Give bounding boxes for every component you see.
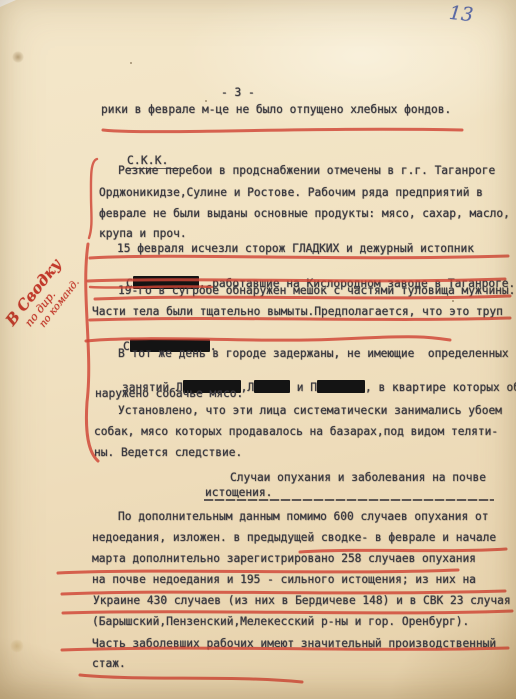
scan-edge xyxy=(0,0,16,7)
typed-line: Установлено, что эти лица систематически… xyxy=(118,404,502,418)
typed-line: наружено собачье мясо. xyxy=(95,387,243,401)
typed-line: ны. Ведется следствие. xyxy=(94,446,242,460)
typed-line: Части тела были тщательно вымыты.Предпол… xyxy=(92,305,503,319)
handwritten-corner-number: 13 xyxy=(448,2,474,26)
red-underline-stroke xyxy=(63,611,512,613)
subsection-heading-line2: истощения. xyxy=(205,486,272,500)
document-page: 13 - 3 - рики в феврале м-це не было отп… xyxy=(0,0,516,699)
typed-line: Часть заболевших рабочих имеют значитель… xyxy=(92,637,496,651)
typed-line: (Барышский,Пензенский,Мелекесский р-ны и… xyxy=(92,615,469,629)
typed-line: Резкие перебои в продснабжении отмечены … xyxy=(118,164,495,178)
typed-line: 19-го в сугробе обнаружен мешок с частям… xyxy=(118,284,515,298)
red-underline-stroke xyxy=(103,129,462,131)
redaction-box xyxy=(254,380,290,393)
page-number: - 3 - xyxy=(221,86,255,100)
typed-line: недоедания, изложен. в предыдущей сводке… xyxy=(92,531,496,545)
typed-line: 15 февраля исчезли сторож ГЛАДКИХ и дежу… xyxy=(117,242,474,256)
heading-underscore xyxy=(204,499,494,501)
typed-line: Орджоникидзе,Сулине и Ростове. Рабочим р… xyxy=(99,186,483,200)
typed-line: марта дополнительно зарегистрировано 258… xyxy=(92,552,476,566)
subsection-heading-line1: Случаи опухания и заболевания на почве xyxy=(230,471,486,485)
redaction-suffix: , в квартире которых об- xyxy=(365,381,516,394)
typed-line: По дополнительным данным помимо 600 случ… xyxy=(118,510,488,524)
intro-line: рики в феврале м-це не было отпущено хле… xyxy=(101,103,451,117)
typed-line: собак, мясо которых продавалось на базар… xyxy=(94,425,498,439)
typed-line: на почве недоедания и 195 - сильного ист… xyxy=(92,573,476,587)
typed-line: стаж. xyxy=(92,657,126,671)
red-underline-stroke xyxy=(90,256,508,258)
red-underline-stroke xyxy=(80,675,302,682)
typed-line: крупа и проч. xyxy=(99,227,187,241)
margin-handwriting: В Сводку по дир. по команд. xyxy=(2,256,84,344)
typed-line: В тот же день в городе задержаны, не име… xyxy=(118,347,509,361)
typed-line: феврале не были выданы основные продукты… xyxy=(99,207,510,221)
typed-line: Украине 430 случаев (из них в Бердичеве … xyxy=(93,594,511,608)
paper-speck xyxy=(205,100,207,102)
redaction-mid: и П xyxy=(290,381,317,394)
red-margin-line xyxy=(89,159,97,238)
paper-speck xyxy=(130,62,132,64)
redaction-box xyxy=(317,380,365,393)
